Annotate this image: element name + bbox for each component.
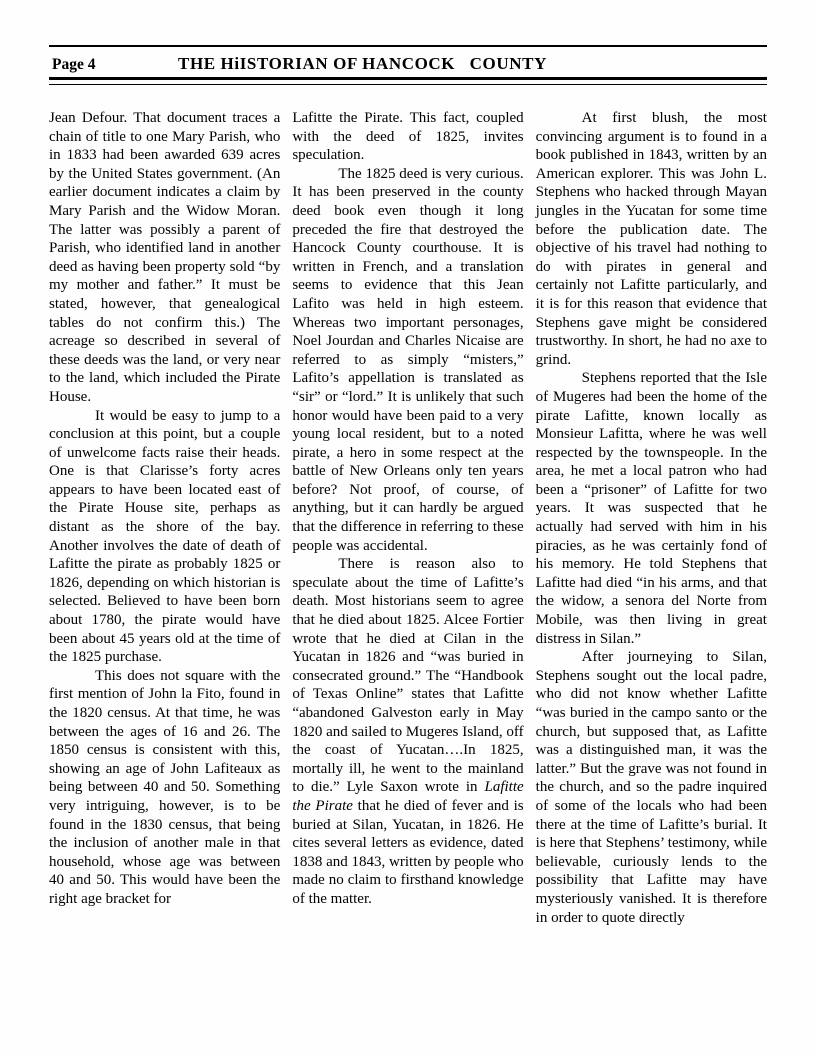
paragraph-text: Lafitte the Pirate. This fact, coupled w… [292,110,523,163]
text-column-3: At first blush, the most convincing argu… [536,109,767,927]
newsletter-page: Page 4 THE HiISTORIAN OF HANCOCK COUNTY … [0,0,816,1056]
paragraph: The 1825 deed is very curious. It has be… [292,165,523,555]
paragraph-text: This does not square with the first ment… [49,668,280,907]
paragraph: At first blush, the most convincing argu… [536,109,767,369]
masthead-title: THE HiISTORIAN OF HANCOCK COUNTY [178,54,547,74]
paragraph-text: There is reason also to speculate about … [292,556,523,795]
page-number: Page 4 [52,56,178,74]
paragraph: Lafitte the Pirate. This fact, coupled w… [292,109,523,165]
paragraph-text: Jean Defour. That document traces a chai… [49,110,280,405]
header-bottom-rule-thin [49,84,767,85]
paragraph-text: Stephens reported that the Isle of Muger… [536,370,767,646]
header-row: Page 4 THE HiISTORIAN OF HANCOCK COUNTY [49,47,767,77]
text-column-1: Jean Defour. That document traces a chai… [49,109,280,927]
paragraph: After journeying to Silan, Stephens soug… [536,648,767,927]
paragraph-text: The 1825 deed is very curious. It has be… [292,166,523,554]
paragraph-text: that he died of fever and is buried at S… [292,798,523,907]
paragraph: There is reason also to speculate about … [292,555,523,908]
paragraph-text: After journeying to Silan, Stephens soug… [536,649,767,925]
paragraph: Stephens reported that the Isle of Muger… [536,369,767,648]
paragraph-text: It would be easy to jump to a conclusion… [49,408,280,666]
text-column-2: Lafitte the Pirate. This fact, coupled w… [292,109,523,927]
paragraph-text: At first blush, the most convincing argu… [536,110,767,368]
paragraph: Jean Defour. That document traces a chai… [49,109,280,407]
page-header: Page 4 THE HiISTORIAN OF HANCOCK COUNTY [49,45,767,85]
article-body: Jean Defour. That document traces a chai… [49,109,767,927]
header-bottom-rule-thick [49,77,767,80]
paragraph: This does not square with the first ment… [49,667,280,909]
paragraph: It would be easy to jump to a conclusion… [49,407,280,667]
